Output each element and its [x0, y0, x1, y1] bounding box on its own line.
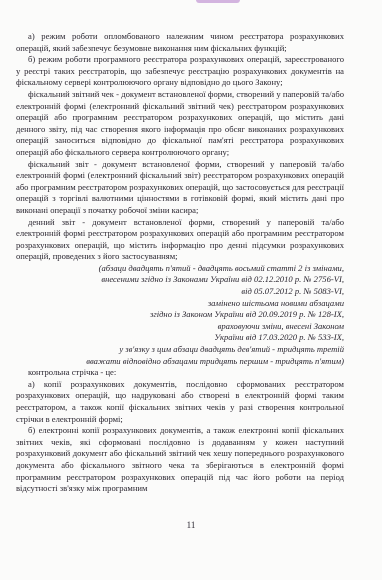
- note-line: (абзаци двадцять п'ятий - двадцять восьм…: [16, 263, 344, 275]
- note-line: замінено шістьома новими абзацами: [16, 298, 344, 310]
- note-line: вважати відповідно абзацами тридцять пер…: [16, 356, 344, 368]
- paragraph: б) режим роботи програмного реєстратора …: [16, 54, 344, 89]
- paragraph: фіскальний звіт - документ встановленої …: [16, 159, 344, 217]
- stamp-mark: [196, 0, 240, 3]
- page-number: 11: [0, 520, 382, 530]
- paragraph: денний звіт - документ встановленої форм…: [16, 217, 344, 263]
- paragraph: б) електронні копії розрахункових докуме…: [16, 425, 344, 495]
- paragraph: а) копії розрахункових документів, послі…: [16, 379, 344, 425]
- note-line: згідно із Законом України від 20.09.2019…: [16, 309, 344, 321]
- document-page: а) режим роботи опломбованого належним ч…: [16, 31, 344, 495]
- amendment-note: (абзаци двадцять п'ятий - двадцять восьм…: [16, 263, 344, 367]
- paragraph: контрольна стрічка - це:: [16, 367, 344, 379]
- paragraph: фіскальний звітний чек - документ встано…: [16, 89, 344, 159]
- note-line: України від 17.03.2020 р. № 533-IX,: [16, 332, 344, 344]
- note-line: враховуючи зміни, внесені Законом: [16, 321, 344, 333]
- note-line: у зв'язку з цим абзаци двадцять дев'ятий…: [16, 344, 344, 356]
- paragraph: а) режим роботи опломбованого належним ч…: [16, 31, 344, 54]
- note-line: внесеними згідно із Законами України від…: [16, 274, 344, 286]
- note-line: від 05.07.2012 р. № 5083-VI,: [16, 286, 344, 298]
